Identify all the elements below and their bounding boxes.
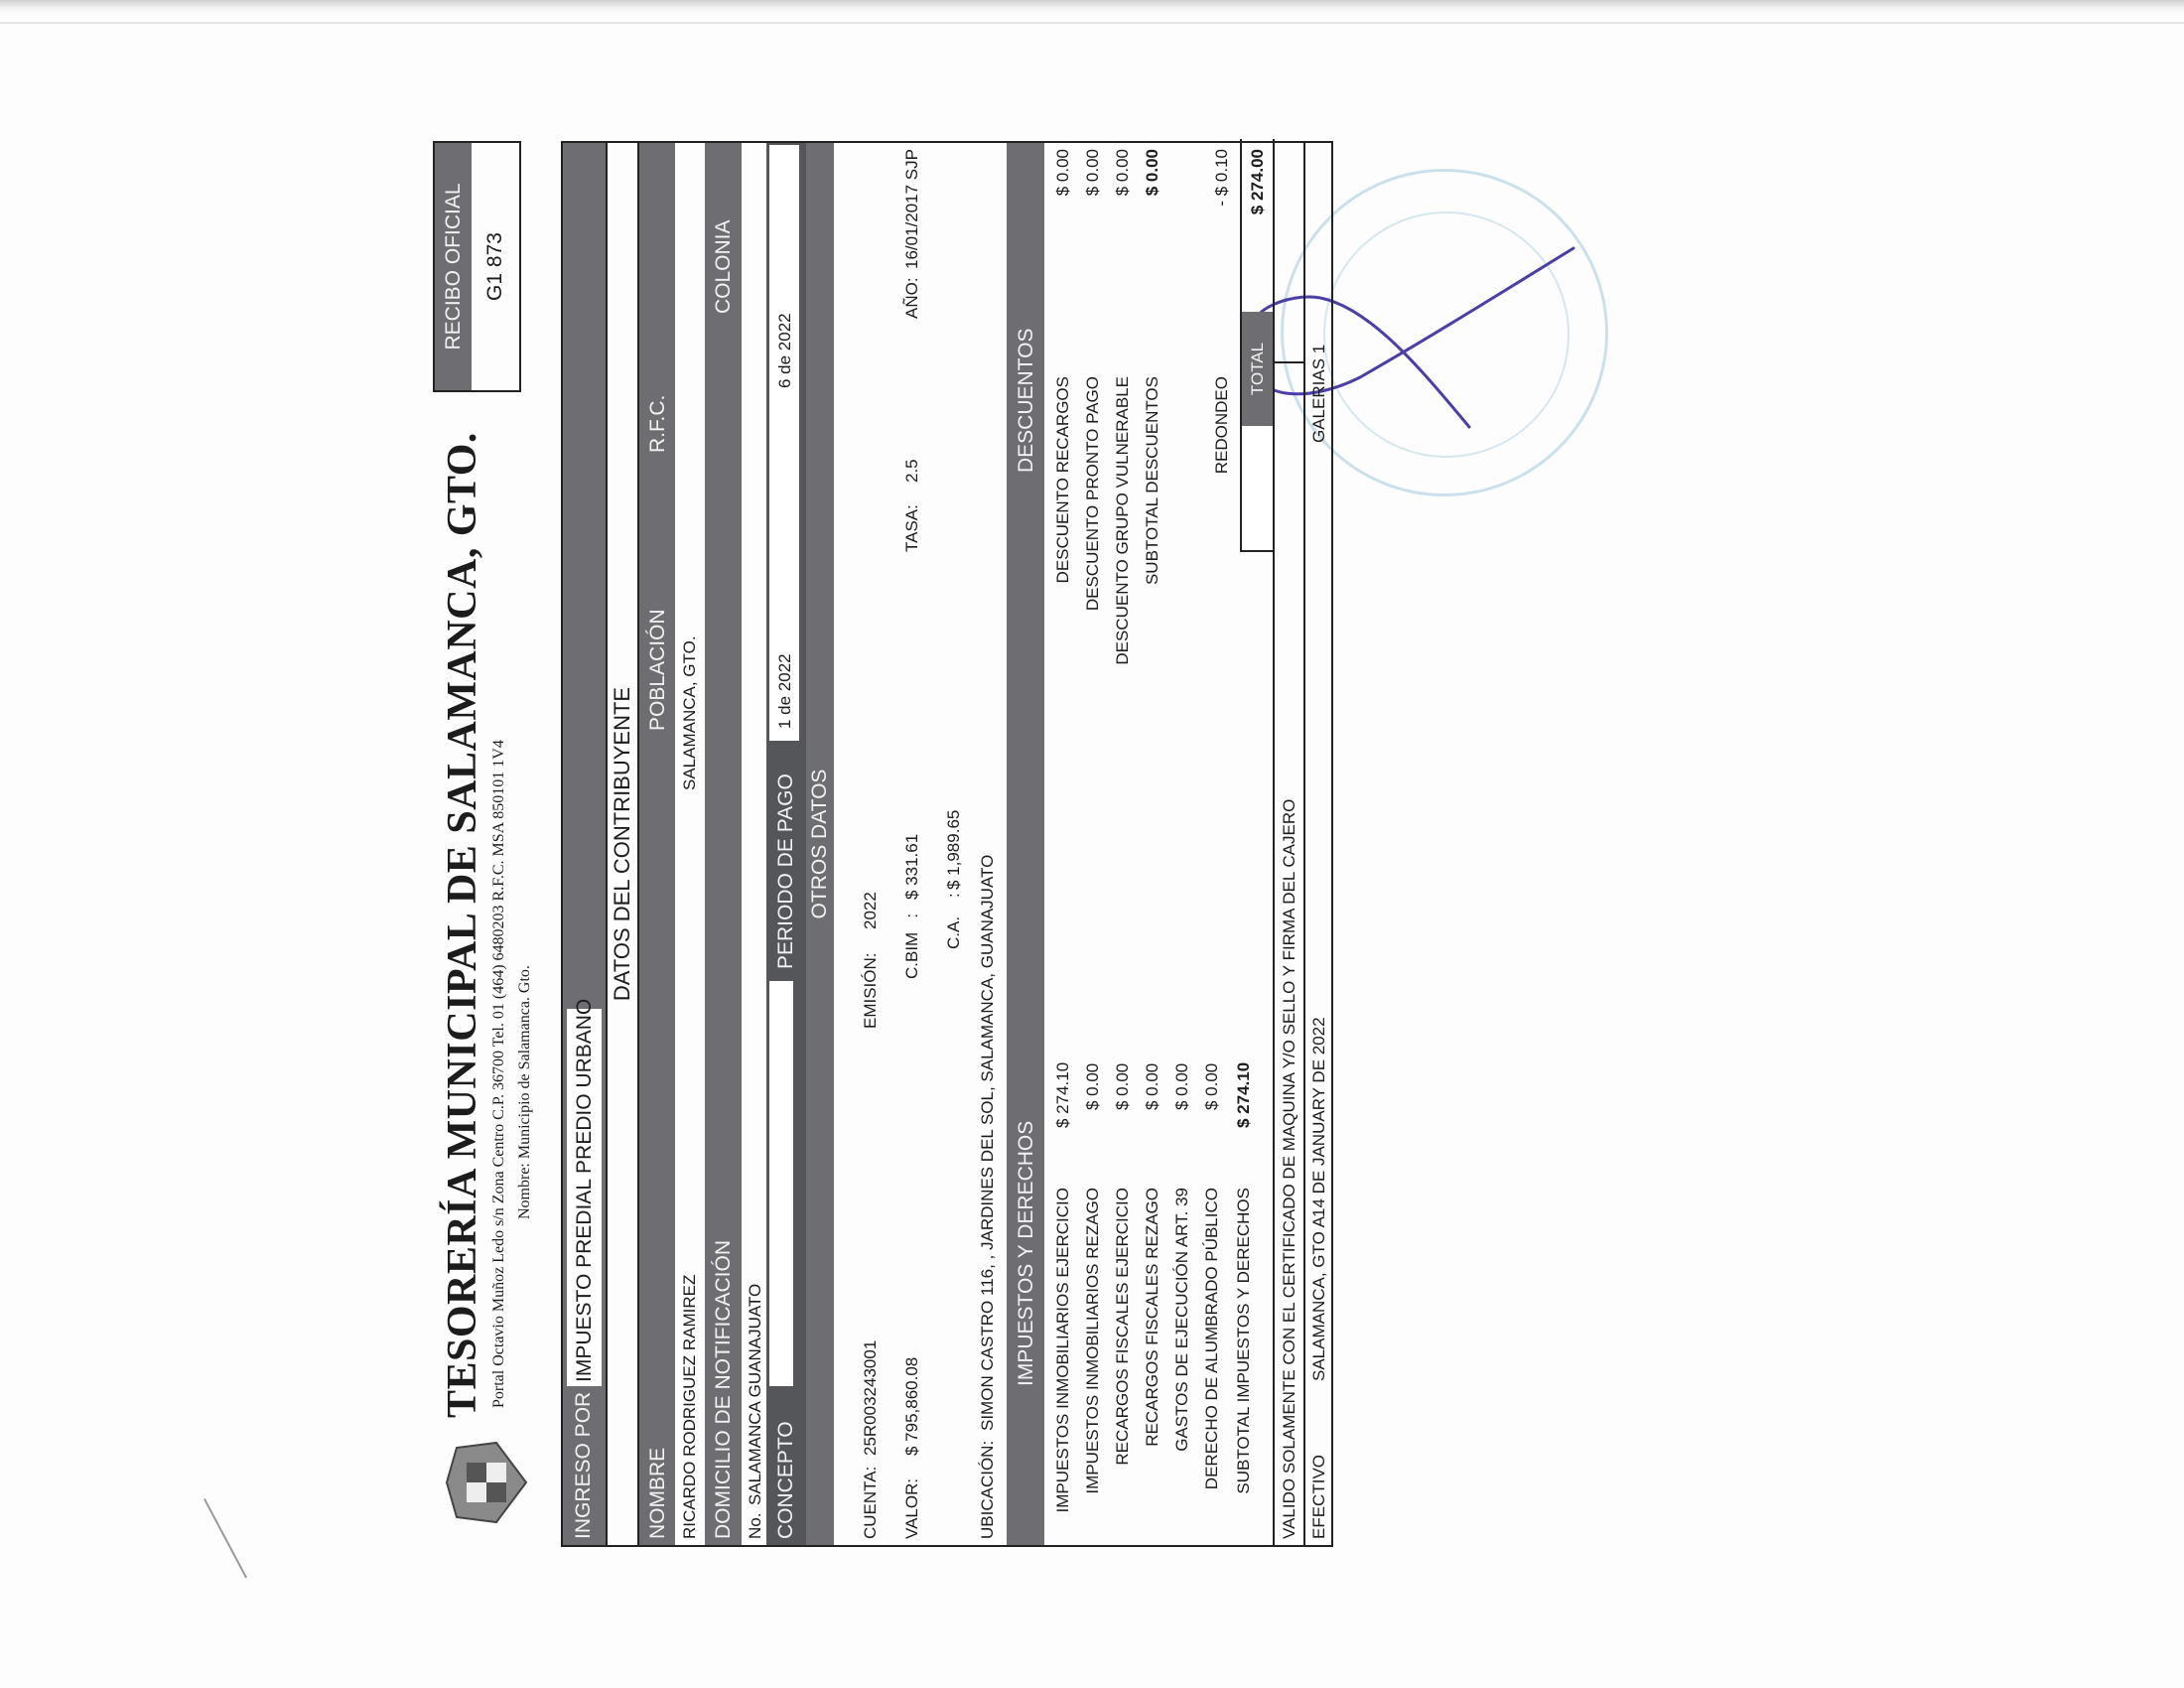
- descuentos-list: DESCUENTO RECARGOS $ 0.00 DESCUENTO PRON…: [1053, 143, 1272, 830]
- issuer-name-line: Nombre: Municipio de Salamanca. Gto.: [516, 965, 534, 1219]
- impuesto-label: RECARGOS FISCALES EJERCICIO: [1113, 1188, 1133, 1466]
- periodo-desde: 1 de 2022: [775, 653, 795, 729]
- caja: GALERIAS 1: [1309, 345, 1329, 443]
- domicilio-header-row: DOMICILIO DE NOTIFICACIÓN COLONIA: [705, 143, 742, 1545]
- scan-top-edge: [0, 0, 2184, 14]
- ingreso-row: INGRESO POR IMPUESTO PREDIAL PREDIO URBA…: [563, 143, 606, 1545]
- receipt-label: RECIBO OFICIAL: [435, 143, 472, 390]
- tasa-value: 2.5: [902, 459, 922, 483]
- ingreso-value-box: IMPUESTO PREDIAL PREDIO URBANO: [567, 1009, 602, 1386]
- periodo-label: PERIODO DE PAGO: [774, 774, 798, 969]
- periodo-value-box: 1 de 2022 6 de 2022: [769, 145, 799, 741]
- stray-pen-mark: [204, 1498, 247, 1578]
- ca-label: C.A. :: [944, 893, 964, 949]
- concepto-label: CONCEPTO: [774, 1421, 798, 1539]
- ca-value: $ 1,989.65: [944, 810, 964, 890]
- issuer-address: Portal Octavio Muñoz Ledo s/n Zona Centr…: [490, 740, 508, 1408]
- redondeo-label: REDONDEO: [1212, 376, 1232, 474]
- impuesto-label: GASTOS DE EJECUCIÓN ART. 39: [1172, 1188, 1192, 1452]
- receipt-number-box: RECIBO OFICIAL G1 873: [433, 141, 521, 392]
- ingreso-value: IMPUESTO PREDIAL PREDIO URBANO: [573, 999, 597, 1382]
- redondeo-value: - $ 0.10: [1212, 149, 1232, 207]
- cbim-label: C.BIM :: [902, 914, 922, 979]
- ubicacion-label: UBICACIÓN:: [978, 1441, 998, 1539]
- issuer-title: TESORERÍA MUNICIPAL DE SALAMANCA, GTO.: [439, 432, 486, 1418]
- official-receipt: TESORERÍA MUNICIPAL DE SALAMANCA, GTO. P…: [433, 141, 1333, 1547]
- impuestos-subtotal-label: SUBTOTAL IMPUESTOS Y DERECHOS: [1234, 1188, 1254, 1494]
- descuentos-subtotal: $ 0.00: [1143, 149, 1162, 196]
- municipal-coat-of-arms-icon: [437, 1428, 536, 1537]
- impuestos-list: IMPUESTOS INMOBILIARIOS EJERCICIO $ 274.…: [1053, 830, 1272, 1545]
- validez-notice: VALIDO SOLAMENTE CON EL CERTIFICADO DE M…: [1280, 799, 1299, 1539]
- descuento-label: DESCUENTO RECARGOS: [1053, 376, 1073, 583]
- impuestos-title: IMPUESTOS Y DERECHOS: [1015, 1121, 1038, 1386]
- descuento-amount: $ 0.00: [1113, 149, 1133, 196]
- otros-datos-title: OTROS DATOS: [806, 143, 834, 1545]
- cbim-value: $ 331.61: [902, 834, 922, 900]
- impuesto-label: RECARGOS FISCALES REZAGO: [1143, 1188, 1162, 1447]
- lugar: SALAMANCA, GTO A: [1309, 1216, 1329, 1381]
- descuentos-title: DESCUENTOS: [1015, 329, 1038, 473]
- forma-pago: EFECTIVO: [1309, 1455, 1329, 1539]
- domicilio-label: DOMICILIO DE NOTIFICACIÓN: [712, 1240, 736, 1539]
- impuesto-amount: $ 0.00: [1083, 1063, 1103, 1110]
- ubicacion-value: SIMON CASTRO 116, , JARDINES DEL SOL, SA…: [978, 855, 998, 1431]
- scan-fold-line: [0, 22, 2184, 24]
- descuento-label: DESCUENTO PRONTO PAGO: [1083, 376, 1103, 611]
- colonia-label: COLONIA: [712, 219, 736, 314]
- cuenta-label: CUENTA:: [861, 1467, 881, 1539]
- descuentos-subtotal-label: SUBTOTAL DESCUENTOS: [1143, 376, 1162, 585]
- impuesto-amount: $ 0.00: [1172, 1063, 1192, 1110]
- ingreso-label: INGRESO POR: [572, 1392, 596, 1539]
- impuestos-descuentos-header: IMPUESTOS Y DERECHOS DESCUENTOS: [1007, 143, 1044, 1545]
- impuesto-amount: $ 274.10: [1053, 1062, 1073, 1128]
- poblacion-label: POBLACIÓN: [646, 609, 670, 731]
- impuesto-label: IMPUESTOS INMOBILIARIOS REZAGO: [1083, 1188, 1103, 1494]
- descuento-amount: $ 0.00: [1083, 149, 1103, 196]
- impuesto-amount: $ 0.00: [1202, 1063, 1222, 1110]
- impuesto-amount: $ 0.00: [1143, 1063, 1162, 1110]
- periodo-hasta: 6 de 2022: [775, 313, 795, 388]
- nombre-value: RICARDO RODRIGUEZ RAMIREZ: [680, 1275, 700, 1539]
- emision-value: 2022: [861, 892, 881, 929]
- tasa-label: TASA:: [902, 504, 922, 552]
- total-label: TOTAL: [1242, 312, 1273, 426]
- receipt-table: INGRESO POR IMPUESTO PREDIAL PREDIO URBA…: [561, 141, 1333, 1547]
- cuenta-value: 25R003243001: [861, 1340, 881, 1456]
- domicilio-value: SALAMANCA GUANAJUATO: [746, 1284, 765, 1505]
- poblacion-value: SALAMANCA, GTO.: [680, 635, 700, 790]
- impuestos-subtotal: $ 274.10: [1234, 1062, 1254, 1128]
- impuesto-label: DERECHO DE ALUMBRADO PÚBLICO: [1202, 1188, 1222, 1489]
- contribuyente-title: DATOS DEL CONTRIBUYENTE: [608, 143, 637, 1545]
- valor-label: VALOR:: [902, 1478, 922, 1539]
- emision-label: EMISIÓN:: [861, 952, 881, 1029]
- impuesto-amount: $ 0.00: [1113, 1063, 1133, 1110]
- anio-label: AÑO:: [902, 277, 922, 319]
- anio-value: 16/01/2017 SJP: [902, 149, 922, 269]
- receipt-number: G1 873: [472, 143, 519, 390]
- fecha: 14 DE JANUARY DE 2022: [1309, 1017, 1329, 1217]
- nombre-label: NOMBRE: [646, 1448, 670, 1539]
- descuento-amount: $ 0.00: [1053, 149, 1073, 196]
- concepto-row: CONCEPTO PERIODO DE PAGO 1 de 2022 6 de …: [766, 143, 806, 1545]
- rfc-label: R.F.C.: [646, 395, 670, 453]
- total-box: TOTAL $ 274.00: [1240, 139, 1275, 552]
- concepto-value-box: [769, 981, 793, 1386]
- total-value: $ 274.00: [1248, 149, 1268, 214]
- valor-value: $ 795,860.08: [902, 1357, 922, 1456]
- no-label: No.: [746, 1513, 765, 1539]
- descuento-label: DESCUENTO GRUPO VULNERABLE: [1113, 376, 1133, 665]
- impuesto-label: IMPUESTOS INMOBILIARIOS EJERCICIO: [1053, 1188, 1073, 1512]
- contribuyente-header-row: NOMBRE POBLACIÓN R.F.C.: [639, 143, 675, 1545]
